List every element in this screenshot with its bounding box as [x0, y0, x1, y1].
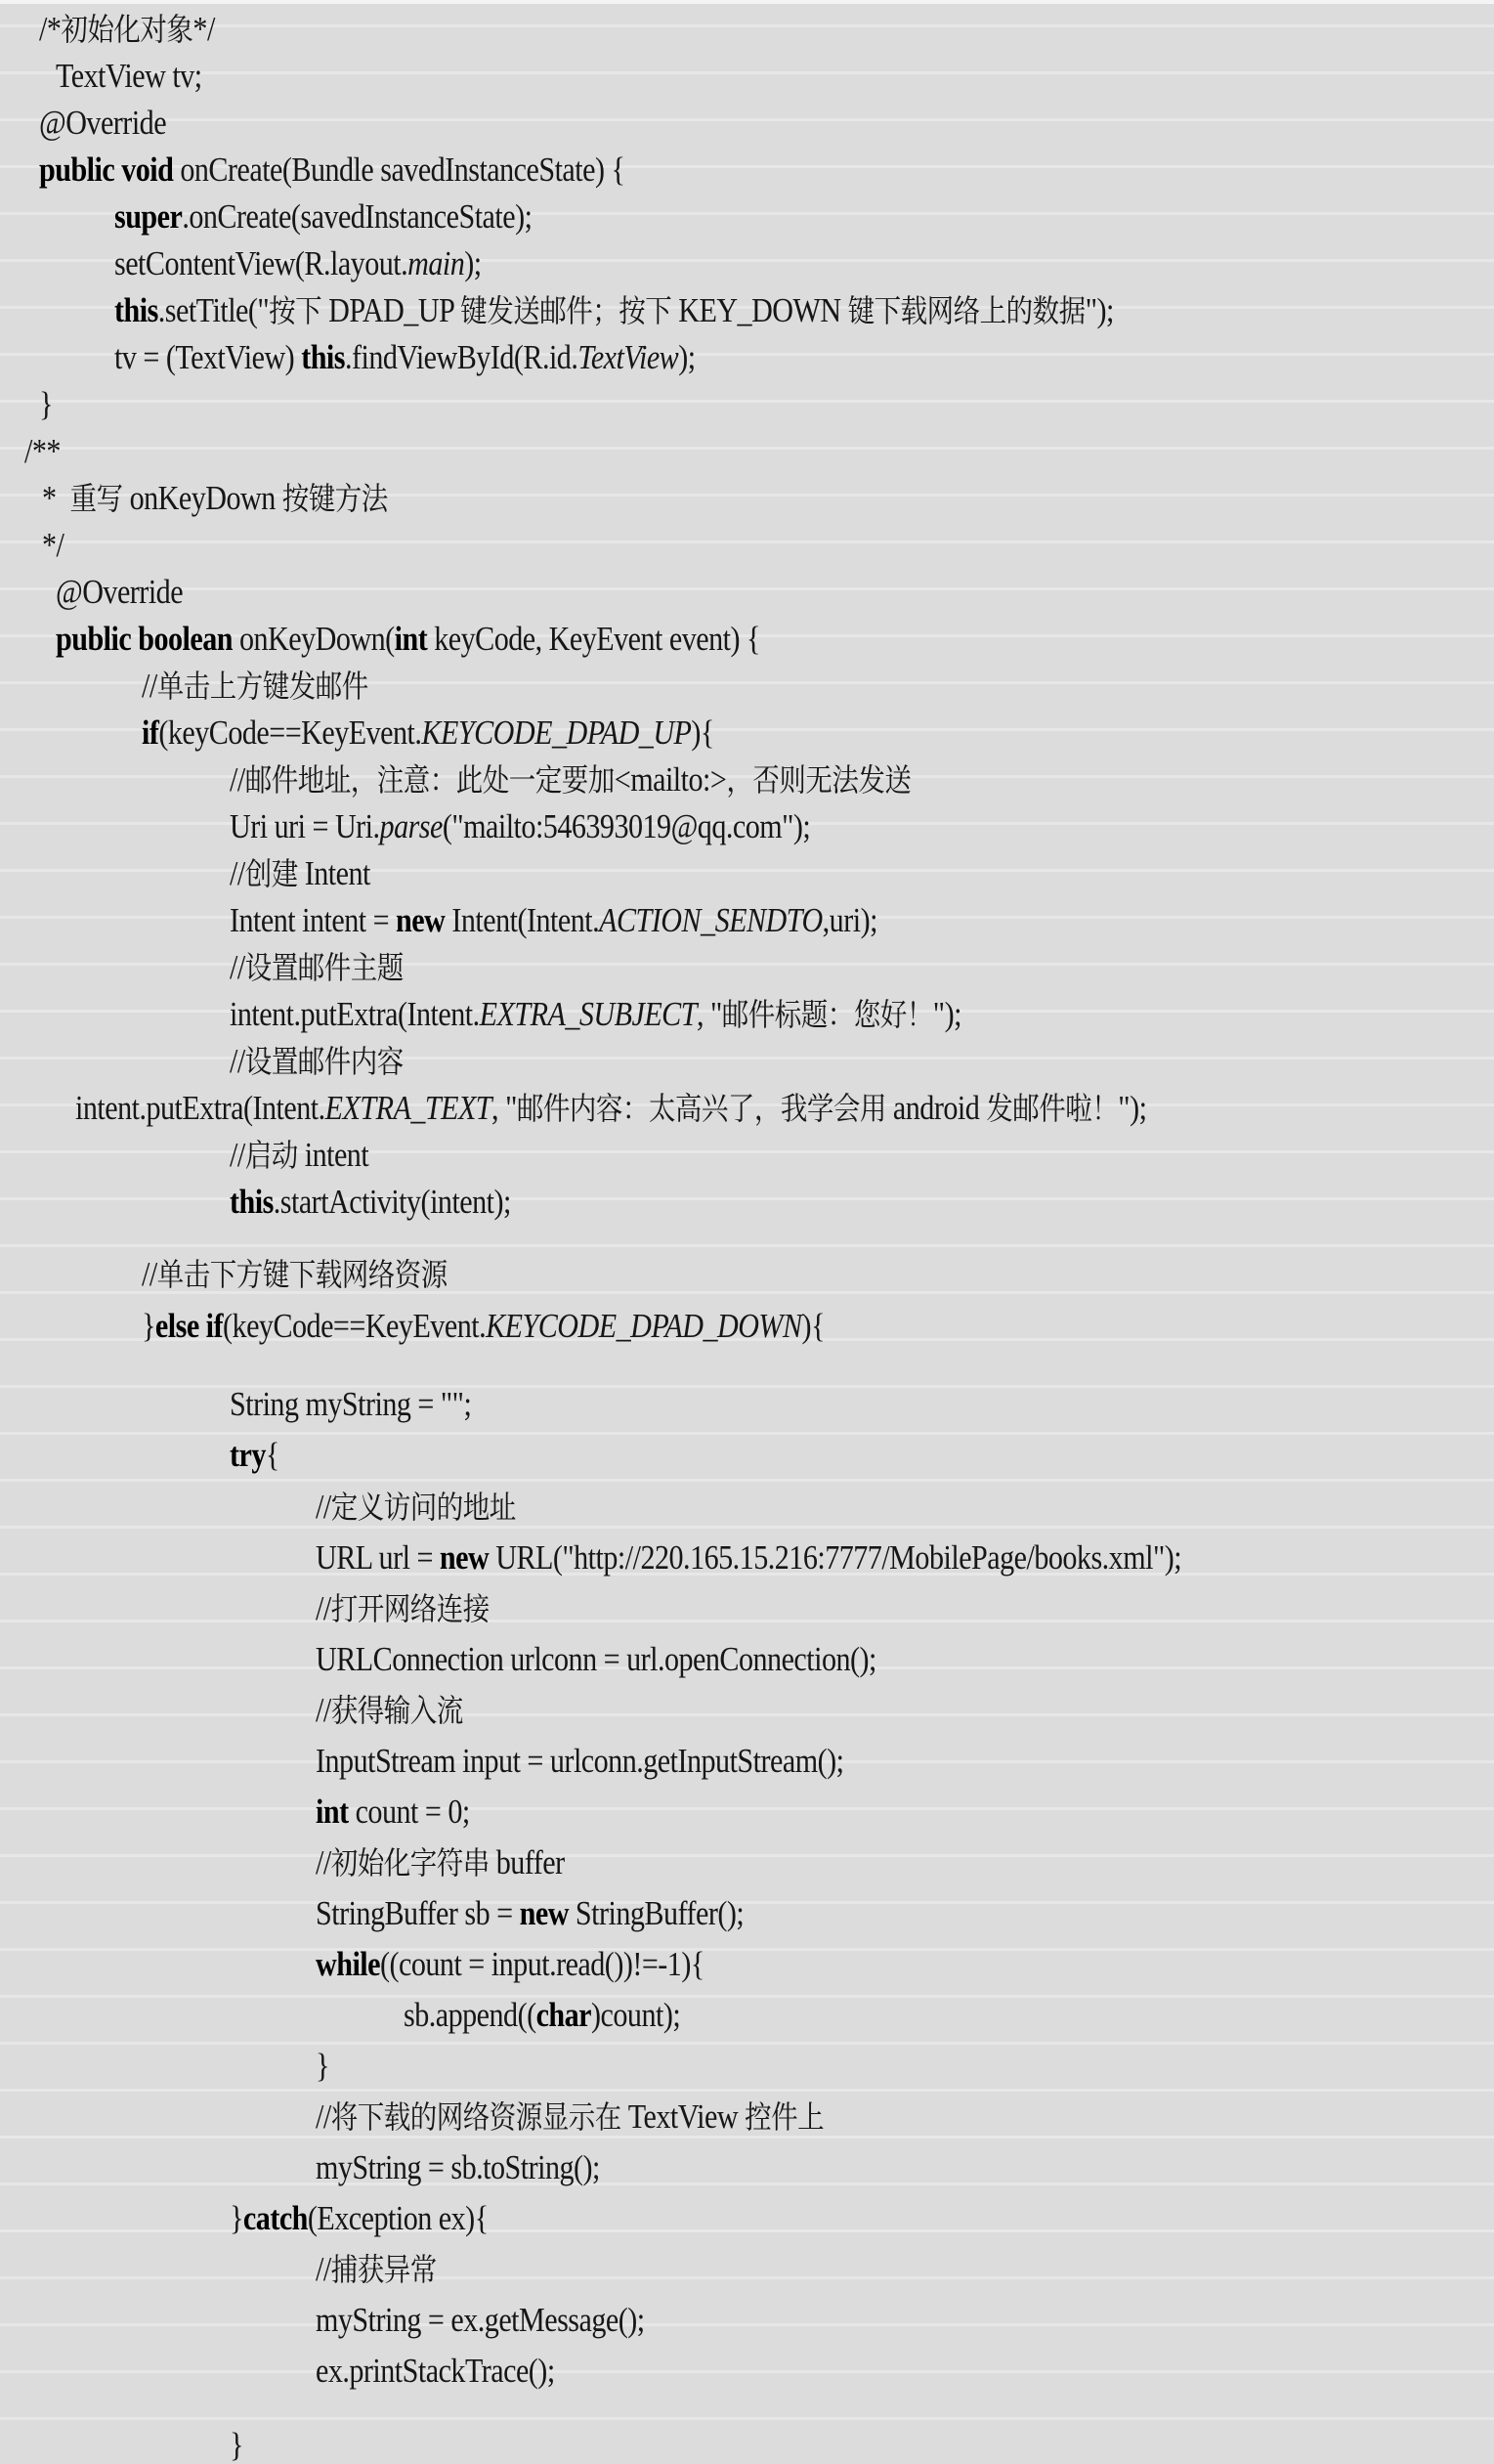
code-text: keyCode, KeyEvent event) { — [427, 620, 760, 658]
code-keyword: if — [142, 713, 158, 752]
code-text: //获得输入流 — [316, 1691, 463, 1729]
code-text: (Exception ex){ — [308, 2199, 489, 2237]
code-text: //打开网络连接 — [316, 1589, 490, 1627]
code-constant: EXTRA_TEXT — [325, 1089, 491, 1127]
code-line: //创建 Intent — [230, 852, 370, 895]
code-text: myString = sb.toString(); — [316, 2148, 600, 2186]
code-text: //定义访问的地址 — [316, 1488, 516, 1526]
code-constant: KEYCODE_DPAD_DOWN — [486, 1307, 801, 1345]
code-text: URL url = — [316, 1538, 440, 1577]
code-line: //初始化字符串 buffer — [316, 1841, 565, 1884]
code-line: //设置邮件内容 — [230, 1040, 404, 1083]
code-text: ("mailto:546393019@qq.com"); — [443, 807, 810, 845]
code-text: )count); — [591, 1996, 680, 2034]
code-text: /** — [24, 432, 61, 470]
code-line: myString = sb.toString(); — [316, 2146, 600, 2189]
code-text: ){ — [691, 713, 713, 752]
code-text: } — [230, 2426, 243, 2464]
code-keyword: this — [230, 1183, 274, 1221]
code-text: tv = (TextView) — [114, 338, 301, 376]
code-keyword: while — [316, 1945, 380, 1983]
code-keyword: int — [395, 620, 428, 658]
code-constant: main — [407, 244, 464, 282]
code-text: onKeyDown( — [233, 620, 395, 658]
code-keyword: else if — [155, 1307, 223, 1345]
code-text: //初始化字符串 buffer — [316, 1843, 565, 1881]
code-text: , "邮件标题：您好！"); — [697, 995, 961, 1033]
code-text: } — [316, 2047, 329, 2085]
code-text: StringBuffer(); — [569, 1894, 744, 1932]
code-line: URLConnection urlconn = url.openConnecti… — [316, 1638, 876, 1681]
code-line: tv = (TextView) this.findViewById(R.id.T… — [114, 336, 696, 379]
code-text: ); — [678, 338, 695, 376]
code-text: (keyCode==KeyEvent. — [223, 1307, 486, 1345]
code-text: ex.printStackTrace(); — [316, 2352, 555, 2390]
code-line: Uri uri = Uri.parse("mailto:546393019@qq… — [230, 805, 810, 848]
code-line: super.onCreate(savedInstanceState); — [114, 195, 532, 238]
code-line: //定义访问的地址 — [316, 1486, 516, 1529]
code-text: ); — [464, 244, 481, 282]
code-line: //单击上方键发邮件 — [142, 665, 368, 708]
code-line: String myString = ""; — [230, 1383, 471, 1426]
code-text: StringBuffer sb = — [316, 1894, 520, 1932]
code-keyword: super — [114, 197, 182, 236]
code-line: while((count = input.read())!=-1){ — [316, 1943, 704, 1986]
code-text: ((count = input.read())!=-1){ — [380, 1945, 704, 1983]
code-text: InputStream input = urlconn.getInputStre… — [316, 1742, 843, 1780]
code-keyword: new — [396, 901, 445, 939]
code-text: (keyCode==KeyEvent. — [158, 713, 421, 752]
code-line: /** — [24, 430, 61, 473]
code-text: , "邮件内容：太高兴了，我学会用 android 发邮件啦！"); — [491, 1089, 1146, 1127]
code-line: this.setTitle("按下 DPAD_UP 键发送邮件；按下 KEY_D… — [114, 289, 1114, 332]
code-line: Intent intent = new Intent(Intent.ACTION… — [230, 899, 877, 942]
code-line: intent.putExtra(Intent.EXTRA_TEXT, "邮件内容… — [75, 1087, 1146, 1130]
code-line: } — [316, 2045, 329, 2088]
code-keyword: this — [114, 291, 158, 329]
code-line: //打开网络连接 — [316, 1587, 490, 1630]
code-text: } — [142, 1307, 155, 1345]
code-text: /*初始化对象*/ — [39, 10, 215, 48]
code-line: * 重写 onKeyDown 按键方法 — [42, 477, 388, 520]
code-line: if(keyCode==KeyEvent.KEYCODE_DPAD_UP){ — [142, 712, 714, 755]
code-text: ,uri); — [823, 901, 877, 939]
code-line: @Override — [56, 571, 183, 614]
code-constant: ACTION_SENDTO — [599, 901, 823, 939]
code-line: } — [39, 383, 53, 426]
code-listing: /*初始化对象*/TextView tv;@Overridepublic voi… — [0, 0, 1494, 2464]
code-keyword: public boolean — [56, 620, 233, 658]
code-text: @Override — [39, 104, 166, 142]
code-text: onCreate(Bundle savedInstanceState) { — [173, 151, 624, 189]
code-keyword: char — [536, 1996, 591, 2034]
code-line: @Override — [39, 102, 166, 145]
code-line: public void onCreate(Bundle savedInstanc… — [39, 149, 624, 192]
code-text: */ — [42, 526, 64, 564]
code-text: setContentView(R.layout. — [114, 244, 407, 282]
code-line: setContentView(R.layout.main); — [114, 242, 482, 285]
code-line: myString = ex.getMessage(); — [316, 2299, 645, 2342]
code-line: public boolean onKeyDown(int keyCode, Ke… — [56, 618, 760, 661]
code-text: count = 0; — [349, 1793, 470, 1831]
code-line: //启动 intent — [230, 1134, 368, 1177]
code-text: Intent intent = — [230, 901, 396, 939]
code-line: //捕获异常 — [316, 2248, 437, 2291]
code-line: */ — [42, 524, 64, 567]
code-line: }catch(Exception ex){ — [230, 2197, 489, 2240]
code-text: intent.putExtra(Intent. — [230, 995, 480, 1033]
code-keyword: this — [301, 338, 345, 376]
code-text: //设置邮件主题 — [230, 948, 404, 986]
code-keyword: new — [520, 1894, 569, 1932]
code-text: .startActivity(intent); — [274, 1183, 511, 1221]
code-text: URLConnection urlconn = url.openConnecti… — [316, 1640, 876, 1678]
code-line: //设置邮件主题 — [230, 946, 404, 989]
code-keyword: catch — [243, 2199, 308, 2237]
code-line: URL url = new URL("http://220.165.15.216… — [316, 1536, 1181, 1579]
code-keyword: new — [440, 1538, 489, 1577]
code-text: URL("http://220.165.15.216:7777/MobilePa… — [489, 1538, 1181, 1577]
code-constant: TextView — [577, 338, 678, 376]
code-line: ex.printStackTrace(); — [316, 2350, 555, 2393]
code-text: Intent(Intent. — [445, 901, 599, 939]
code-line: TextView tv; — [56, 55, 202, 98]
code-text: //启动 intent — [230, 1136, 368, 1174]
code-text: //设置邮件内容 — [230, 1042, 404, 1080]
code-text: sb.append(( — [404, 1996, 536, 2034]
code-text: //将下载的网络资源显示在 TextView 控件上 — [316, 2097, 824, 2136]
code-line: }else if(keyCode==KeyEvent.KEYCODE_DPAD_… — [142, 1305, 825, 1348]
code-text: .findViewById(R.id. — [345, 338, 577, 376]
code-text: } — [230, 2199, 243, 2237]
code-text: .onCreate(savedInstanceState); — [182, 197, 532, 236]
code-text: .setTitle("按下 DPAD_UP 键发送邮件；按下 KEY_DOWN … — [158, 291, 1114, 329]
code-line: sb.append((char)count); — [404, 1994, 680, 2037]
code-line: /*初始化对象*/ — [39, 8, 215, 51]
code-text: String myString = ""; — [230, 1385, 471, 1423]
code-line: int count = 0; — [316, 1791, 470, 1834]
code-line: //将下载的网络资源显示在 TextView 控件上 — [316, 2096, 824, 2139]
code-line: //单击下方键下载网络资源 — [142, 1253, 448, 1296]
code-text: myString = ex.getMessage(); — [316, 2301, 645, 2339]
code-constant: EXTRA_SUBJECT — [480, 995, 697, 1033]
code-constant: KEYCODE_DPAD_UP — [421, 713, 691, 752]
code-text: TextView tv; — [56, 57, 202, 95]
code-line: this.startActivity(intent); — [230, 1181, 511, 1224]
code-line: InputStream input = urlconn.getInputStre… — [316, 1740, 843, 1783]
code-keyword: try — [230, 1436, 266, 1474]
code-text: //单击下方键下载网络资源 — [142, 1255, 448, 1293]
code-text: intent.putExtra(Intent. — [75, 1089, 325, 1127]
code-text: //邮件地址，注意：此处一定要加<mailto:>，否则无法发送 — [230, 760, 911, 799]
code-text: @Override — [56, 573, 183, 611]
code-line: intent.putExtra(Intent.EXTRA_SUBJECT, "邮… — [230, 993, 961, 1036]
code-text: ){ — [802, 1307, 825, 1345]
code-line: //获得输入流 — [316, 1689, 463, 1732]
code-line: } — [230, 2424, 243, 2464]
code-line: //邮件地址，注意：此处一定要加<mailto:>，否则无法发送 — [230, 758, 911, 801]
code-line: StringBuffer sb = new StringBuffer(); — [316, 1892, 744, 1935]
code-line: try{ — [230, 1434, 279, 1477]
code-text: //捕获异常 — [316, 2250, 437, 2288]
code-text: Uri uri = Uri. — [230, 807, 380, 845]
code-text: * 重写 onKeyDown 按键方法 — [42, 479, 388, 517]
code-text: { — [266, 1436, 279, 1474]
code-keyword: int — [316, 1793, 349, 1831]
code-text: //单击上方键发邮件 — [142, 667, 368, 705]
code-text: } — [39, 385, 53, 423]
code-constant: parse — [380, 807, 443, 845]
code-keyword: public void — [39, 151, 173, 189]
code-text: //创建 Intent — [230, 854, 370, 892]
